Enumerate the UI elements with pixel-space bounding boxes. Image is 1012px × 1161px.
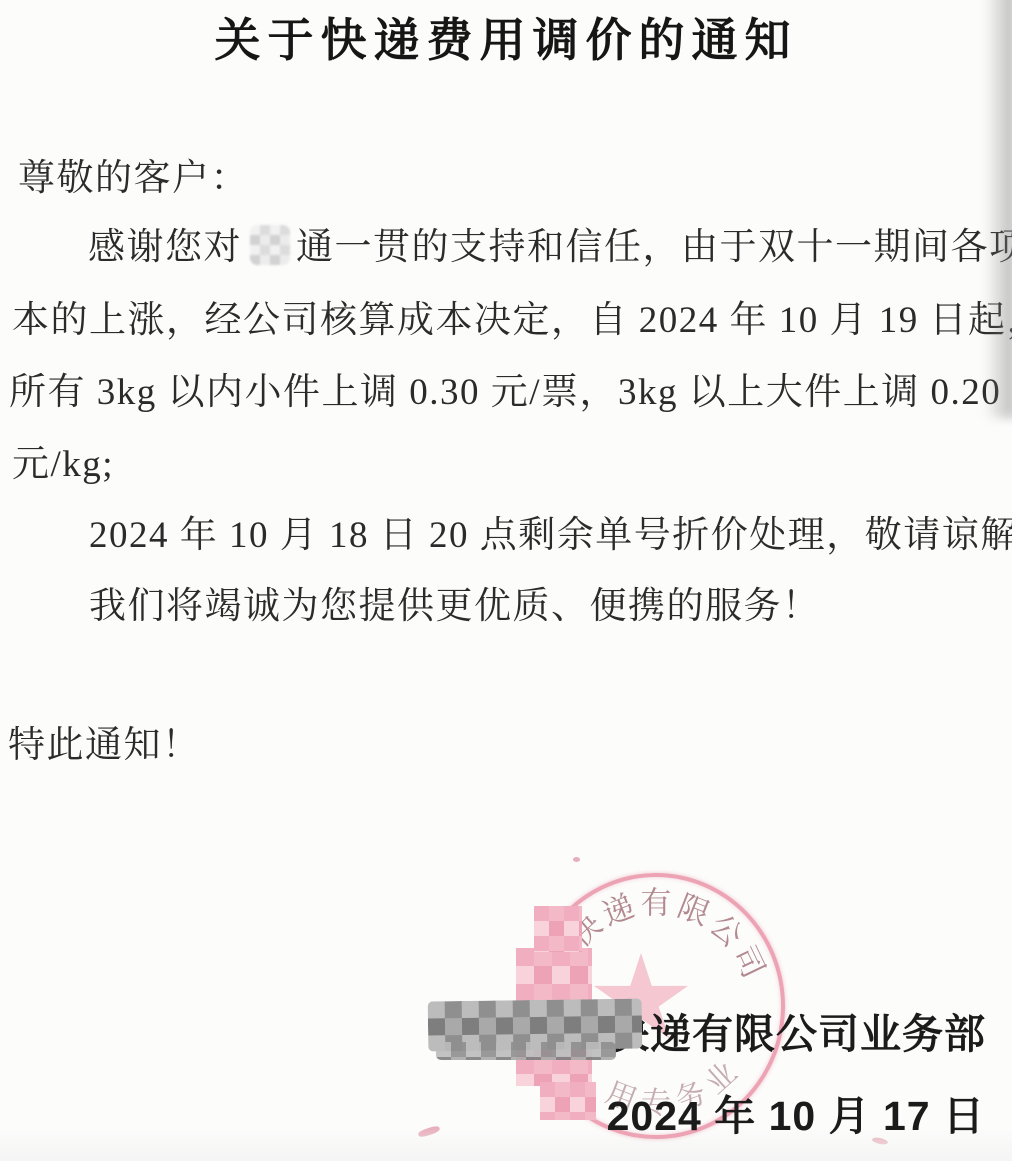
censored-signature-company-name bbox=[436, 1042, 616, 1060]
body-line-1-before: 感谢您对 bbox=[88, 227, 242, 268]
body-line-4: 元/kg; bbox=[12, 433, 114, 487]
signature-company: 快递有限公司业务部 bbox=[608, 1001, 986, 1060]
body-line-1-after: 通一贯的支持和信任，由于双十一期间各项成 bbox=[296, 227, 1012, 268]
stamp-ink-speck bbox=[417, 1125, 440, 1138]
document-date: 2024 年 10 月 17 日 bbox=[607, 1083, 985, 1142]
censored-stamp-region bbox=[540, 1082, 596, 1120]
closing-statement: 特此通知！ bbox=[8, 714, 201, 768]
body-line-6: 我们将竭诚为您提供更优质、便携的服务！ bbox=[89, 575, 821, 629]
censored-company-name-inline bbox=[250, 225, 290, 265]
notice-document: 关于快递费用调价的通知 尊敬的客户： 感谢您对通一贯的支持和信任，由于双十一期间… bbox=[0, 0, 1012, 1161]
body-line-5: 2024 年 10 月 18 日 20 点剩余单号折价处理，敬请谅解！ bbox=[89, 504, 1012, 558]
censored-stamp-region bbox=[534, 906, 582, 952]
salutation: 尊敬的客户： bbox=[18, 147, 249, 201]
stamp-ink-speck bbox=[573, 857, 580, 862]
body-line-3: 所有 3kg 以内小件上调 0.30 元/票，3kg 以上大件上调 0.20 bbox=[9, 361, 1001, 415]
scan-edge-shadow bbox=[984, 0, 1012, 418]
body-line-1: 感谢您对通一贯的支持和信任，由于双十一期间各项成 bbox=[88, 216, 1012, 270]
body-line-2: 本的上涨，经公司核算成本决定，自 2024 年 10 月 19 日起， bbox=[12, 289, 1012, 343]
stamp-arc-char: 有 bbox=[641, 878, 672, 923]
document-title: 关于快递费用调价的通知 bbox=[0, 4, 1012, 70]
